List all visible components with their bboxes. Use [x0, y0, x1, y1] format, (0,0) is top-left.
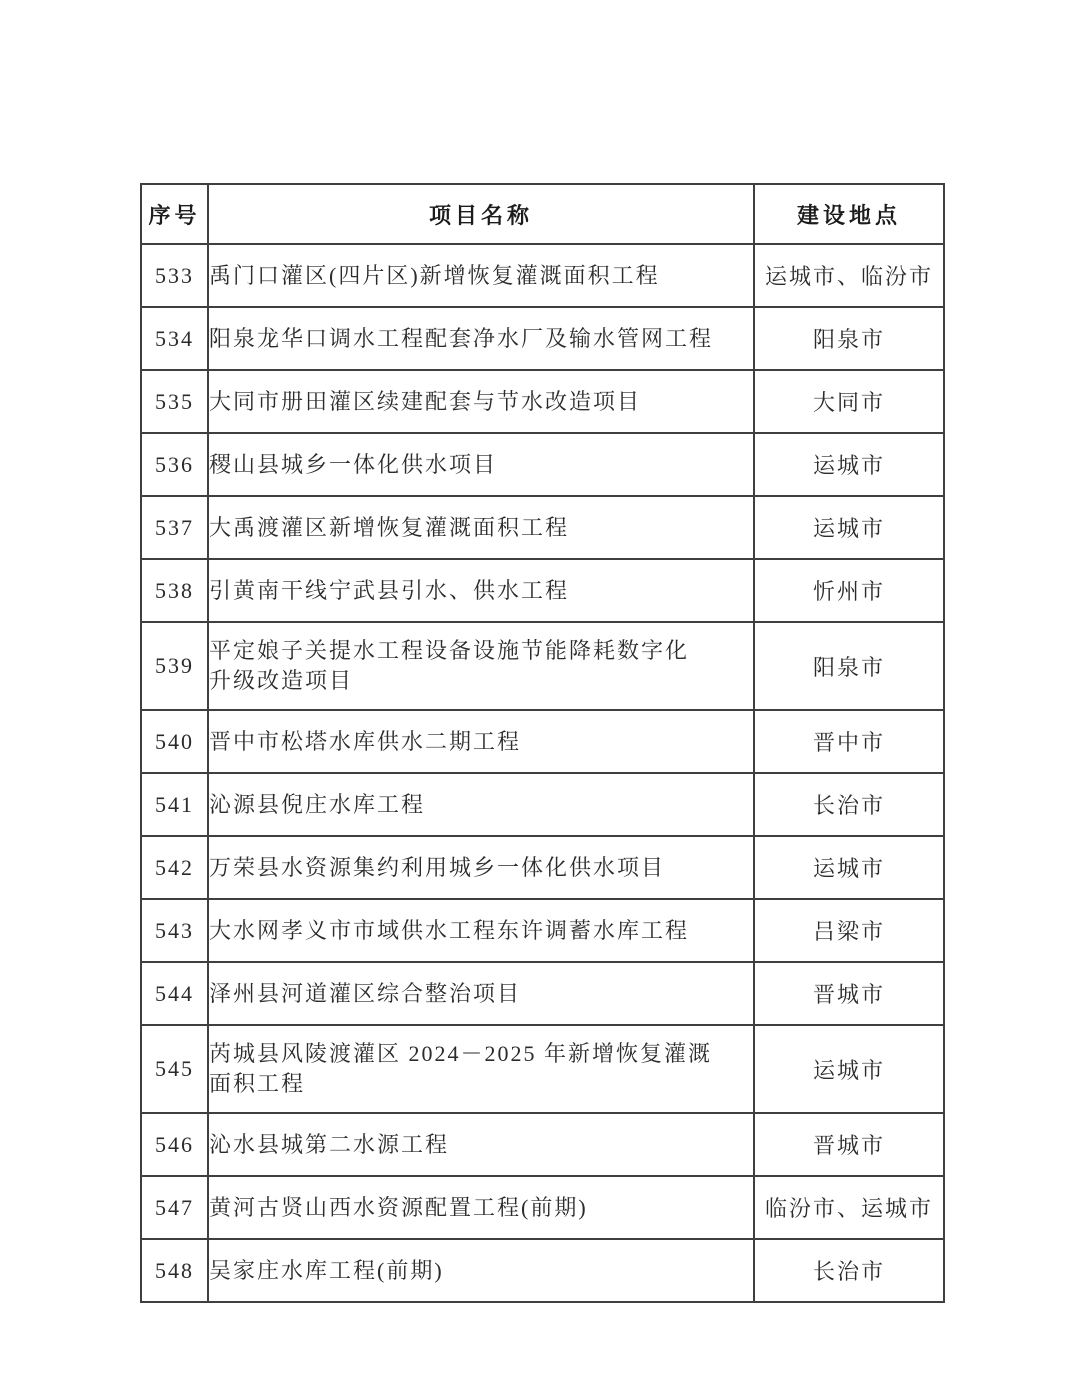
project-table: 序号 项目名称 建设地点 533 禹门口灌区(四片区)新增恢复灌溉面积工程 运城…: [140, 183, 945, 1303]
project-name-cell: 芮城县风陵渡灌区 2024－2025 年新增恢复灌溉 面积工程: [208, 1025, 754, 1113]
row-number-cell: 544: [141, 962, 208, 1025]
location-cell: 长治市: [754, 1239, 944, 1302]
location-cell: 临汾市、运城市: [754, 1176, 944, 1239]
row-number-cell: 537: [141, 496, 208, 559]
row-number-cell: 547: [141, 1176, 208, 1239]
row-number-cell: 533: [141, 244, 208, 307]
project-name-cell: 稷山县城乡一体化供水项目: [208, 433, 754, 496]
table-row: 541 沁源县倪庄水库工程 长治市: [141, 773, 944, 836]
project-name-cell: 吴家庄水库工程(前期): [208, 1239, 754, 1302]
project-name-cell: 黄河古贤山西水资源配置工程(前期): [208, 1176, 754, 1239]
location-cell: 运城市: [754, 496, 944, 559]
project-name-cell: 万荣县水资源集约利用城乡一体化供水项目: [208, 836, 754, 899]
project-name-cell: 泽州县河道灌区综合整治项目: [208, 962, 754, 1025]
table-row: 533 禹门口灌区(四片区)新增恢复灌溉面积工程 运城市、临汾市: [141, 244, 944, 307]
document-page: 序号 项目名称 建设地点 533 禹门口灌区(四片区)新增恢复灌溉面积工程 运城…: [0, 0, 1080, 1379]
project-name-cell: 阳泉龙华口调水工程配套净水厂及输水管网工程: [208, 307, 754, 370]
table-row: 534 阳泉龙华口调水工程配套净水厂及输水管网工程 阳泉市: [141, 307, 944, 370]
location-cell: 阳泉市: [754, 622, 944, 710]
row-number-cell: 543: [141, 899, 208, 962]
table-row: 537 大禹渡灌区新增恢复灌溉面积工程 运城市: [141, 496, 944, 559]
location-cell: 阳泉市: [754, 307, 944, 370]
table-row: 538 引黄南干线宁武县引水、供水工程 忻州市: [141, 559, 944, 622]
project-name-cell: 大水网孝义市市域供水工程东许调蓄水库工程: [208, 899, 754, 962]
table-row: 543 大水网孝义市市域供水工程东许调蓄水库工程 吕梁市: [141, 899, 944, 962]
project-name-cell: 沁水县城第二水源工程: [208, 1113, 754, 1176]
project-name-cell: 大同市册田灌区续建配套与节水改造项目: [208, 370, 754, 433]
table-row: 545 芮城县风陵渡灌区 2024－2025 年新增恢复灌溉 面积工程 运城市: [141, 1025, 944, 1113]
location-cell: 大同市: [754, 370, 944, 433]
table-row: 536 稷山县城乡一体化供水项目 运城市: [141, 433, 944, 496]
location-cell: 运城市: [754, 836, 944, 899]
project-name-cell: 大禹渡灌区新增恢复灌溉面积工程: [208, 496, 754, 559]
row-number-cell: 546: [141, 1113, 208, 1176]
header-serial-number: 序号: [141, 184, 208, 244]
row-number-cell: 536: [141, 433, 208, 496]
table-row: 547 黄河古贤山西水资源配置工程(前期) 临汾市、运城市: [141, 1176, 944, 1239]
row-number-cell: 540: [141, 710, 208, 773]
row-number-cell: 545: [141, 1025, 208, 1113]
project-name-cell: 禹门口灌区(四片区)新增恢复灌溉面积工程: [208, 244, 754, 307]
location-cell: 吕梁市: [754, 899, 944, 962]
row-number-cell: 548: [141, 1239, 208, 1302]
project-name-cell: 引黄南干线宁武县引水、供水工程: [208, 559, 754, 622]
row-number-cell: 534: [141, 307, 208, 370]
row-number-cell: 535: [141, 370, 208, 433]
project-table-container: 序号 项目名称 建设地点 533 禹门口灌区(四片区)新增恢复灌溉面积工程 运城…: [140, 183, 945, 1303]
location-cell: 晋城市: [754, 962, 944, 1025]
location-cell: 晋中市: [754, 710, 944, 773]
project-name-cell: 晋中市松塔水库供水二期工程: [208, 710, 754, 773]
table-header-row: 序号 项目名称 建设地点: [141, 184, 944, 244]
table-row: 542 万荣县水资源集约利用城乡一体化供水项目 运城市: [141, 836, 944, 899]
table-row: 546 沁水县城第二水源工程 晋城市: [141, 1113, 944, 1176]
header-project-name: 项目名称: [208, 184, 754, 244]
project-name-cell: 平定娘子关提水工程设备设施节能降耗数字化 升级改造项目: [208, 622, 754, 710]
row-number-cell: 538: [141, 559, 208, 622]
location-cell: 运城市: [754, 433, 944, 496]
row-number-cell: 542: [141, 836, 208, 899]
table-row: 535 大同市册田灌区续建配套与节水改造项目 大同市: [141, 370, 944, 433]
table-row: 544 泽州县河道灌区综合整治项目 晋城市: [141, 962, 944, 1025]
project-name-cell: 沁源县倪庄水库工程: [208, 773, 754, 836]
location-cell: 长治市: [754, 773, 944, 836]
row-number-cell: 539: [141, 622, 208, 710]
location-cell: 忻州市: [754, 559, 944, 622]
header-construction-location: 建设地点: [754, 184, 944, 244]
table-row: 539 平定娘子关提水工程设备设施节能降耗数字化 升级改造项目 阳泉市: [141, 622, 944, 710]
location-cell: 晋城市: [754, 1113, 944, 1176]
table-row: 548 吴家庄水库工程(前期) 长治市: [141, 1239, 944, 1302]
location-cell: 运城市: [754, 1025, 944, 1113]
table-row: 540 晋中市松塔水库供水二期工程 晋中市: [141, 710, 944, 773]
location-cell: 运城市、临汾市: [754, 244, 944, 307]
row-number-cell: 541: [141, 773, 208, 836]
